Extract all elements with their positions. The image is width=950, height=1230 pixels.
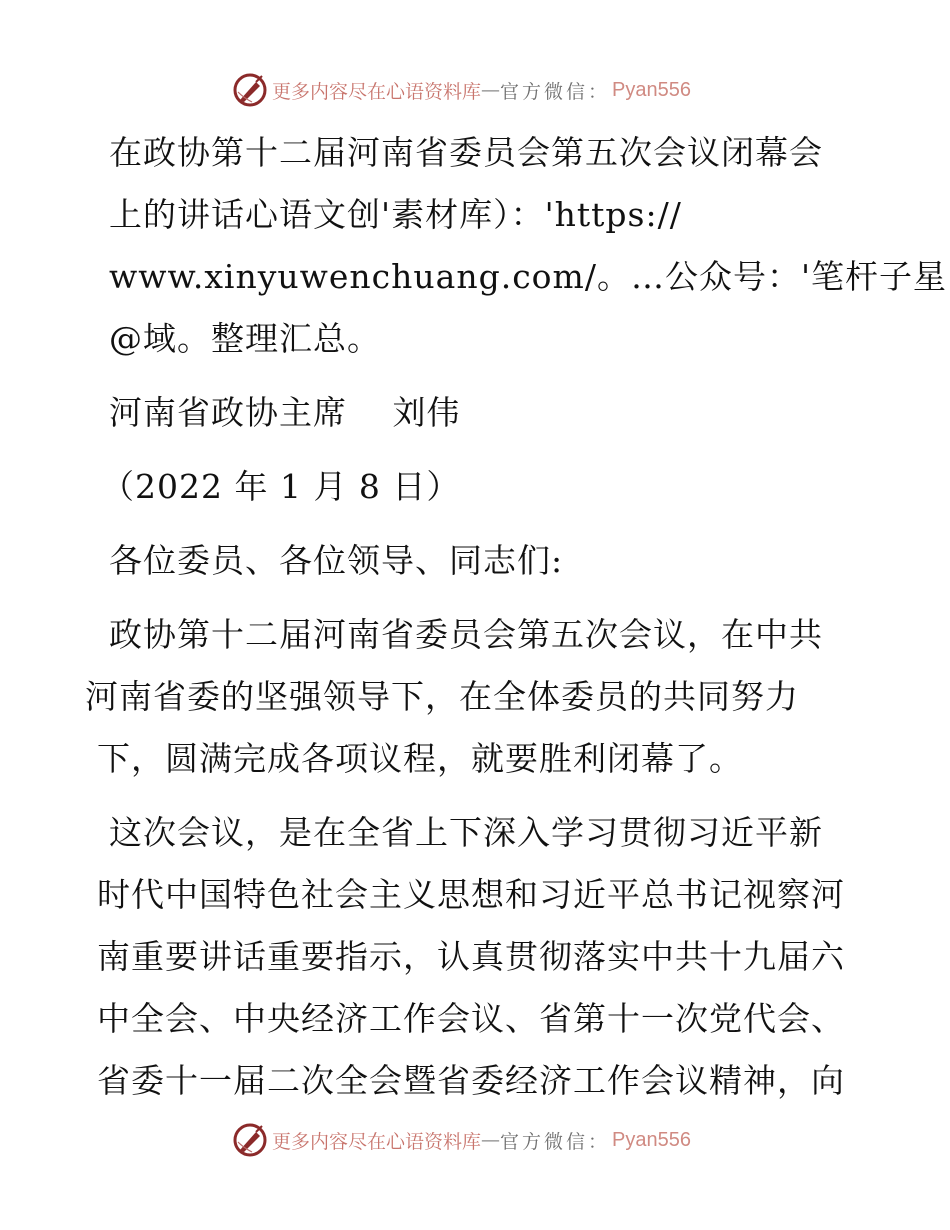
title-line: www.xinyuwenchuang.com/。…公众号：'笔杆子星 (97, 246, 857, 308)
banner-dash: — (481, 79, 500, 101)
paragraph-line: 这次会议，是在全省上下深入学习贯彻习近平新 (97, 802, 857, 864)
document-body: 在政协第十二届河南省委员会第五次会议闭幕会 上的讲话心语文创'素材库）：'htt… (97, 122, 857, 1112)
banner-main-text: 更多内容尽在心语资料库 (272, 1127, 481, 1154)
paragraph: 政协第十二届河南省委员会第五次会议，在中共 河南省委的坚强领导下，在全体委员的共… (97, 604, 857, 790)
quill-pen-logo-icon (232, 1122, 268, 1158)
title-line: 上的讲话心语文创'素材库）：'https:// (97, 184, 857, 246)
quill-pen-logo-icon (232, 72, 268, 108)
title-line: 在政协第十二届河南省委员会第五次会议闭幕会 (97, 122, 857, 184)
footer-banner: 更多内容尽在心语资料库 — 官方微信： Pyan556 (232, 1120, 691, 1160)
header-banner: 更多内容尽在心语资料库 — 官方微信： Pyan556 (232, 70, 691, 110)
paragraph-line: 政协第十二届河南省委员会第五次会议，在中共 (97, 604, 857, 666)
paragraph-line: 时代中国特色社会主义思想和习近平总书记视察河 (85, 864, 857, 926)
banner-main-text: 更多内容尽在心语资料库 (272, 77, 481, 104)
paragraph-line: 南重要讲话重要指示，认真贯彻落实中共十九届六 (85, 926, 857, 988)
author-line: 河南省政协主席 刘伟 (97, 382, 857, 444)
salutation: 各位委员、各位领导、同志们: (97, 530, 857, 592)
date-line: （2022 年 1 月 8 日） (97, 456, 857, 518)
title-line: @域。整理汇总。 (97, 308, 857, 370)
paragraph: 这次会议，是在全省上下深入学习贯彻习近平新 时代中国特色社会主义思想和习近平总书… (97, 802, 857, 1112)
paragraph-line: 下，圆满完成各项议程，就要胜利闭幕了。 (85, 728, 857, 790)
paragraph-line: 中全会、中央经济工作会议、省第十一次党代会、 (85, 988, 857, 1050)
banner-wechat-id: Pyan556 (612, 1129, 691, 1152)
banner-wechat-label: 官方微信： (500, 1127, 610, 1154)
paragraph-line: 河南省委的坚强领导下，在全体委员的共同努力 (85, 666, 857, 728)
banner-wechat-label: 官方微信： (500, 77, 610, 104)
banner-dash: — (481, 1129, 500, 1151)
paragraph-line: 省委十一届二次全会暨省委经济工作会议精神，向 (85, 1050, 857, 1112)
banner-wechat-id: Pyan556 (612, 79, 691, 102)
document-title: 在政协第十二届河南省委员会第五次会议闭幕会 上的讲话心语文创'素材库）：'htt… (97, 122, 857, 370)
